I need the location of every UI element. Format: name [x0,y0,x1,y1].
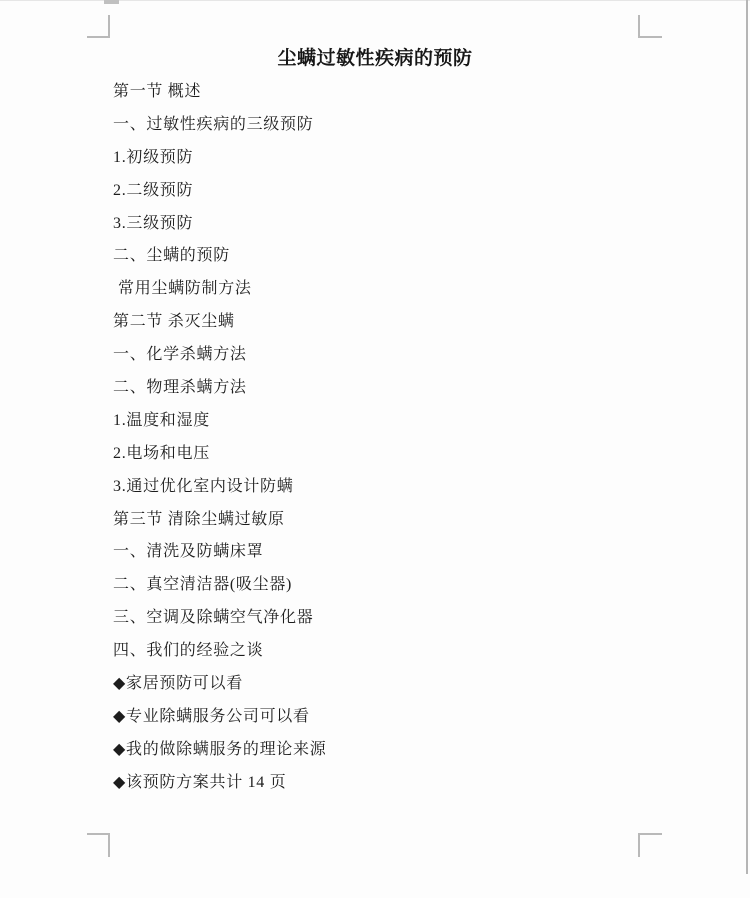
toc-line[interactable]: 1.温度和湿度 [113,405,750,438]
toc-line[interactable]: ◆专业除螨服务公司可以看 [113,701,750,734]
toc-line[interactable]: 二、尘螨的预防 [113,240,750,273]
toc-line[interactable]: 三、空调及除螨空气净化器 [113,602,750,635]
toc-line[interactable]: 第一节 概述 [113,76,750,109]
page-top-artifact [104,0,119,4]
toc-line[interactable]: 1.初级预防 [113,142,750,175]
toc-line[interactable]: 二、真空清洁器(吸尘器) [113,569,750,602]
toc-line[interactable]: 常用尘螨防制方法 [113,273,750,306]
toc-line[interactable]: 四、我们的经验之谈 [113,635,750,668]
toc-line[interactable]: 3.三级预防 [113,208,750,241]
toc-line[interactable]: ◆家居预防可以看 [113,668,750,701]
document-body: 第一节 概述 一、过敏性疾病的三级预防 1.初级预防 2.二级预防 3.三级预防… [0,76,750,800]
toc-line[interactable]: 一、化学杀螨方法 [113,339,750,372]
document-page[interactable]: 尘螨过敏性疾病的预防 第一节 概述 一、过敏性疾病的三级预防 1.初级预防 2.… [0,0,750,898]
toc-line[interactable]: 一、过敏性疾病的三级预防 [113,109,750,142]
toc-line[interactable]: 第三节 清除尘螨过敏原 [113,504,750,537]
toc-line[interactable]: 二、物理杀螨方法 [113,372,750,405]
window-right-edge [746,0,748,874]
toc-line[interactable]: 3.通过优化室内设计防螨 [113,471,750,504]
toc-line[interactable]: 2.电场和电压 [113,438,750,471]
toc-line[interactable]: 第二节 杀灭尘螨 [113,306,750,339]
margin-crop-mark-bottom-right [638,833,662,857]
toc-line[interactable]: 2.二级预防 [113,175,750,208]
toc-line[interactable]: 一、清洗及防螨床罩 [113,536,750,569]
margin-crop-mark-top-left [87,15,110,38]
margin-crop-mark-bottom-left [87,833,110,857]
margin-crop-mark-top-right [638,15,662,38]
toc-line[interactable]: ◆我的做除螨服务的理论来源 [113,734,750,767]
toc-line[interactable]: ◆该预防方案共计 14 页 [113,767,750,800]
